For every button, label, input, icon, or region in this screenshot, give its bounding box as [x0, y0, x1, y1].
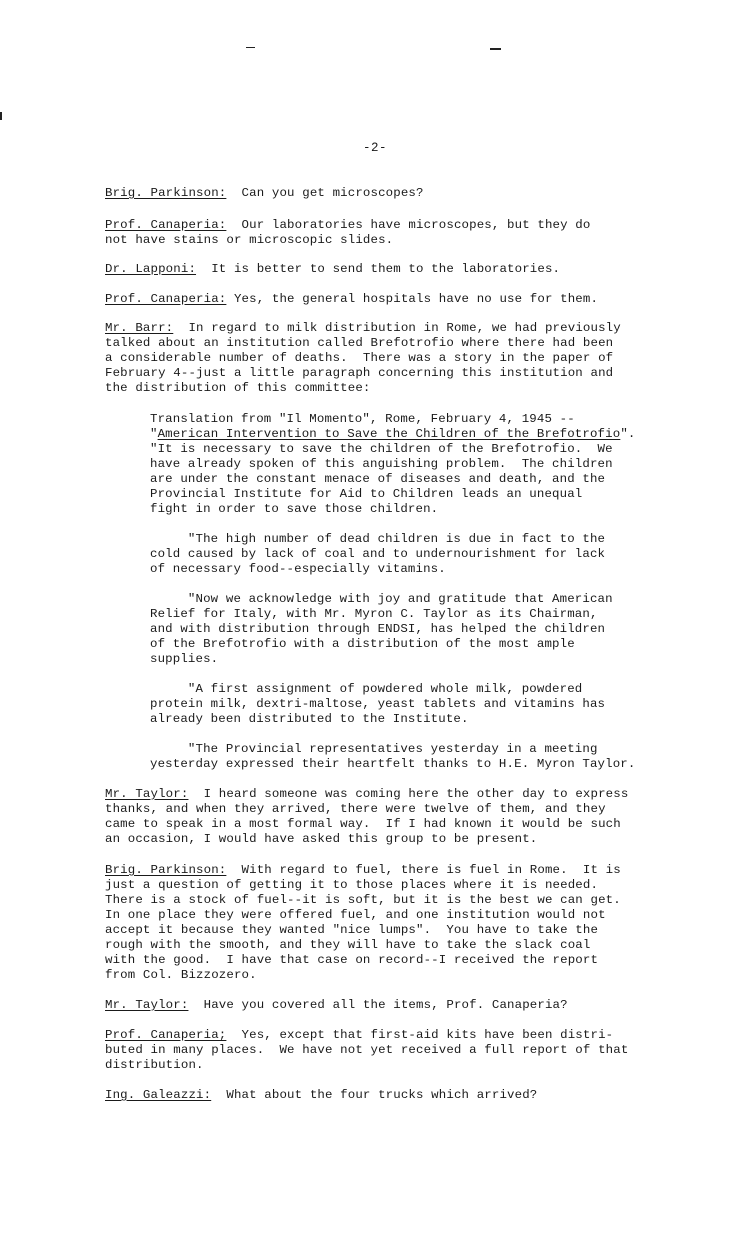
dialogue-text: the distribution of this committee: — [105, 381, 371, 395]
speaker-name: Mr. Taylor: — [105, 998, 188, 1012]
dialogue-text: Yes, the general hospitals have no use f… — [226, 292, 598, 306]
dialogue-entry: Brig. Parkinson: With regard to fuel, th… — [105, 863, 745, 983]
speaker-name: Brig. Parkinson: — [105, 863, 226, 877]
scan-mark — [0, 112, 2, 120]
speaker-name: Mr. Taylor: — [105, 787, 188, 801]
dialogue-text: a considerable number of deaths. There w… — [105, 351, 613, 365]
dialogue-entry: Brig. Parkinson: Can you get microscopes… — [105, 186, 745, 201]
dialogue-text: not have stains or microscopic slides. — [105, 233, 393, 247]
quote-paragraph: "The high number of dead children is due… — [150, 532, 750, 577]
speaker-name: Prof. Canaperia: — [105, 218, 226, 232]
dialogue-entry: Ing. Galeazzi: What about the four truck… — [105, 1088, 745, 1103]
quote-paragraph: "The Provincial representatives yesterda… — [150, 742, 750, 772]
dialogue-text: Can you get microscopes? — [226, 186, 423, 200]
dialogue-entry: Mr. Taylor: I heard someone was coming h… — [105, 787, 745, 847]
dialogue-entry: Mr. Barr: In regard to milk distribution… — [105, 321, 745, 396]
quote-intro: Translation from "Il Momento", Rome, Feb… — [150, 412, 575, 426]
dialogue-text: Our laboratories have microscopes, but t… — [226, 218, 590, 232]
speaker-name: Brig. Parkinson: — [105, 186, 226, 200]
dialogue-text: February 4--just a little paragraph conc… — [105, 366, 613, 380]
dialogue-text: talked about an institution called Brefo… — [105, 336, 613, 350]
speaker-name: Prof. Canaperia: — [105, 292, 226, 306]
page-number: -2- — [0, 141, 750, 155]
scan-mark — [490, 48, 501, 50]
speaker-name: Mr. Barr: — [105, 321, 173, 335]
speaker-name: Dr. Lapponi: — [105, 262, 196, 276]
article-title: American Intervention to Save the Childr… — [158, 427, 621, 441]
quote-paragraph: "Now we acknowledge with joy and gratitu… — [150, 592, 750, 667]
dialogue-entry: Dr. Lapponi: It is better to send them t… — [105, 262, 745, 277]
dialogue-entry: Mr. Taylor: Have you covered all the ite… — [105, 998, 745, 1013]
dialogue-entry: Prof. Canaperia: Our laboratories have m… — [105, 218, 745, 248]
speaker-name: Ing. Galeazzi: — [105, 1088, 211, 1102]
dialogue-text: It is better to send them to the laborat… — [196, 262, 560, 276]
scan-mark — [246, 47, 255, 48]
quoted-translation: Translation from "Il Momento", Rome, Feb… — [150, 412, 750, 517]
dialogue-entry: Prof. Canaperia; Yes, except that first-… — [105, 1028, 745, 1073]
dialogue-entry: Prof. Canaperia: Yes, the general hospit… — [105, 292, 745, 307]
speaker-name: Prof. Canaperia; — [105, 1028, 226, 1042]
dialogue-text: In regard to milk distribution in Rome, … — [173, 321, 621, 335]
quote-paragraph: "A first assignment of powdered whole mi… — [150, 682, 750, 727]
